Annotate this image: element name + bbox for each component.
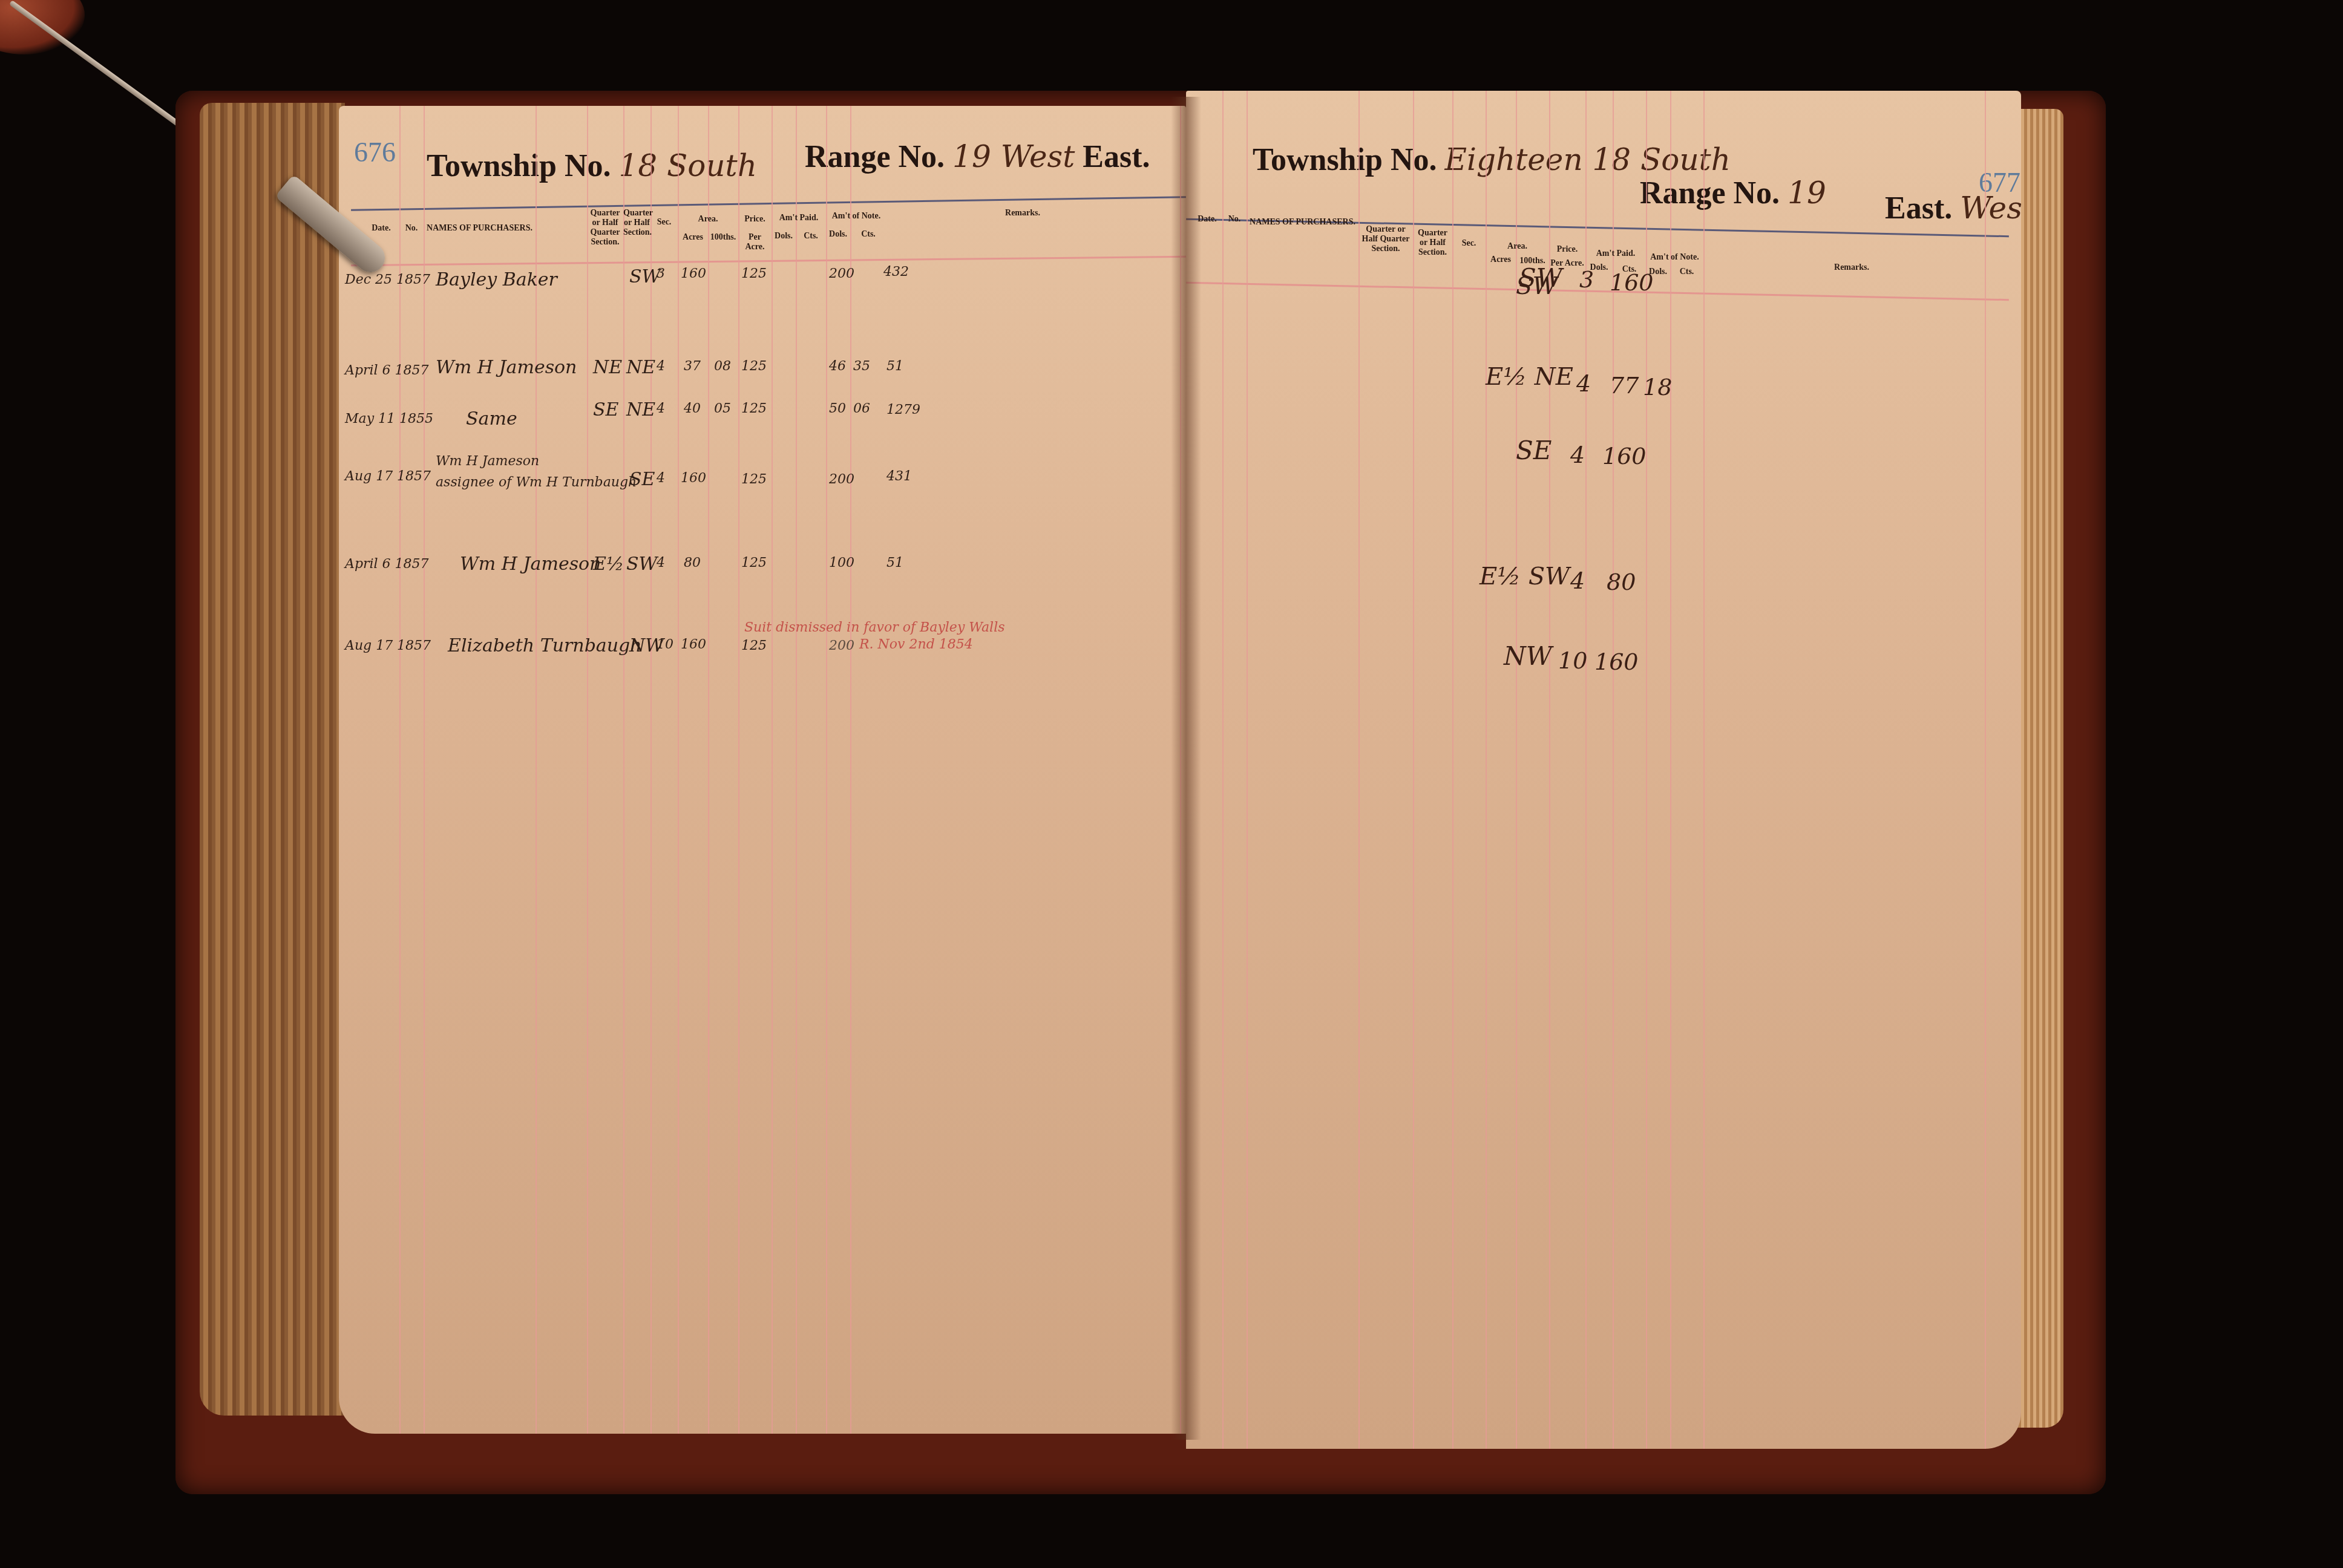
col-head-acres: Acres (1486, 255, 1516, 265)
left-page: 676 Township No. 18 South Range No. 19 W… (339, 106, 1186, 1434)
entry-note-dols: 200 (829, 638, 854, 653)
col-head-area: Area. (678, 215, 738, 224)
entry-remarks: 432 (883, 264, 909, 279)
entry-sec: 4 (657, 471, 665, 486)
column-line (708, 106, 709, 1434)
direction-label: East. (1885, 191, 1952, 226)
entry-qh: E½ NE (1486, 363, 1573, 391)
entry-note-dols: 200 (829, 266, 854, 281)
entry-note-dols: 200 (829, 472, 854, 487)
entry-qhq: E½ (593, 554, 624, 575)
column-line (738, 106, 739, 1434)
col-head-note-cts: Cts. (1670, 267, 1703, 277)
direction-header: East. West (1885, 191, 2021, 226)
entry-qh: E½ SW (1480, 563, 1570, 590)
entry-qhq: NE (593, 357, 622, 378)
column-line (1486, 91, 1487, 1449)
red-annotation: Suit dismissed in favor of Bayley Walls (744, 620, 1004, 635)
range-header: Range No. 19 (1640, 175, 1826, 211)
entry-date: Aug 17 1857 (345, 638, 431, 653)
entry-qh: NE (626, 399, 655, 420)
column-line (1413, 91, 1414, 1449)
entry-date: April 6 1857 (345, 363, 429, 378)
column-line (1670, 91, 1671, 1449)
entry-acres: 160 (681, 471, 706, 486)
column-line (850, 106, 851, 1434)
right-page: 677 Township No. Eighteen 18 South Range… (1186, 91, 2021, 1449)
column-line (678, 106, 679, 1434)
column-line (1358, 91, 1360, 1449)
direction-value: West (1960, 191, 2021, 226)
entry-date: Dec 25 1857 (345, 272, 430, 287)
header-bottom-rule (351, 256, 1186, 266)
col-head-acres: Acres (678, 233, 708, 243)
col-head-qh: Quarter or Half Section. (623, 209, 650, 238)
entry-note-dols: 50 (829, 401, 846, 416)
left-fore-edge (200, 103, 345, 1416)
township-value: Eighteen 18 South (1444, 142, 1730, 177)
page-header: Township No. 18 South (427, 148, 757, 184)
entry-hundredths: 18 (1643, 374, 1672, 400)
entry-sec: 4 (657, 555, 665, 570)
entry-remarks: 1279 (886, 402, 920, 417)
entry-name: Bayley Baker (436, 269, 557, 290)
page-header: Township No. Eighteen 18 South (1253, 142, 1731, 178)
column-line (623, 106, 624, 1434)
entry-sec: 10 (657, 637, 673, 652)
col-head-qhq: Quarter or Half Quarter Section. (587, 209, 623, 247)
entry-sec: 3 (1579, 266, 1594, 293)
column-line (1985, 91, 1986, 1449)
entry-sec: 4 (657, 401, 665, 416)
entry-note-dols: 46 (829, 359, 846, 374)
entry-sec: 3 (657, 266, 665, 281)
entry-hundredths: 08 (714, 359, 731, 374)
entry-name: Wm H Jameson (460, 554, 601, 575)
col-head-note-dols: Dols. (826, 230, 850, 240)
entry-acres: 160 (1594, 648, 1639, 675)
entry-acres: 160 (681, 266, 706, 281)
entry-acres: 160 (681, 637, 706, 652)
entry-qhq: SE (593, 399, 618, 420)
entry-sec: 4 (657, 359, 665, 374)
col-head-sec: Sec. (650, 218, 678, 227)
entry-date: May 11 1855 (345, 411, 433, 426)
col-head-sec: Sec. (1452, 239, 1486, 249)
entry-price: 125 (741, 359, 767, 374)
col-head-paid-dols: Dols. (772, 232, 796, 241)
entry-acres: 37 (684, 359, 701, 374)
entry-acres: 80 (684, 555, 701, 570)
township-label: Township No. (1253, 143, 1437, 177)
entry-remarks: 431 (886, 469, 912, 484)
col-head-names: NAMES OF PURCHASERS. (424, 224, 536, 234)
header-bottom-rule (1186, 282, 2009, 301)
entry-sec: 4 (1570, 567, 1585, 594)
column-line (536, 106, 537, 1434)
col-head-no: No. (1222, 215, 1247, 224)
entry-acres: 160 (1610, 269, 1654, 296)
column-line (399, 106, 401, 1434)
entry-hundredths: 05 (714, 401, 731, 416)
entry-note-cts: 06 (853, 401, 870, 416)
entry-acres: 77 (1610, 372, 1639, 399)
entry-sec: 10 (1558, 647, 1587, 674)
entry-qh: NW (1504, 641, 1552, 671)
entry-name: Wm H Jameson (436, 357, 577, 378)
entry-qh: SW (626, 554, 657, 575)
entry-acres: 80 (1607, 569, 1636, 595)
col-head-date: Date. (363, 224, 399, 234)
entry-price: 125 (741, 401, 767, 416)
entry-note-dols: 100 (829, 555, 854, 570)
col-head-price: Price. (1549, 245, 1585, 255)
entry-price: 125 (741, 638, 767, 653)
entry-name: Same (466, 408, 517, 430)
entry-qh: SE (629, 469, 655, 490)
entry-remarks: 51 (886, 555, 903, 570)
column-line (424, 106, 425, 1434)
col-head-qhq: Quarter or Half Quarter Section. (1358, 225, 1413, 254)
direction-label: East. (1083, 140, 1150, 174)
entry-date: April 6 1857 (345, 557, 429, 572)
township-value: 18 South (618, 148, 756, 183)
entry-note-cts: 35 (853, 359, 870, 374)
entry-remarks: 51 (886, 359, 903, 374)
column-line (826, 106, 827, 1434)
entry-remarks: R. Nov 2nd 1854 (859, 637, 973, 652)
column-line (1703, 91, 1705, 1449)
col-head-no: No. (399, 224, 424, 234)
col-head-amt-paid: Am't Paid. (1585, 249, 1646, 259)
col-head-remarks: Remarks. (962, 209, 1083, 218)
column-line (1222, 91, 1224, 1449)
range-header: Range No. 19 West East. (805, 139, 1150, 175)
entry-qh: NE (626, 357, 655, 378)
book-gutter (1171, 97, 1201, 1440)
col-head-area: Area. (1486, 242, 1549, 252)
column-line (587, 106, 588, 1434)
entry-name: Elizabeth Turnbaugh (448, 635, 642, 656)
column-line (772, 106, 773, 1434)
entry-qh: SW (1519, 263, 1562, 293)
township-label: Township No. (427, 149, 611, 183)
entry-acres: 40 (684, 401, 701, 416)
column-line (650, 106, 652, 1434)
col-head-note-cts: Cts. (850, 230, 886, 240)
entry-qh: SE (1516, 436, 1552, 465)
entry-acres: 160 (1602, 443, 1647, 469)
entry-sec: 4 (1576, 370, 1591, 397)
column-line (796, 106, 797, 1434)
col-head-amt-note: Am't of Note. (1646, 253, 1703, 263)
range-value: 19 (1788, 175, 1826, 211)
column-line (1585, 91, 1587, 1449)
entry-date: Aug 17 1857 (345, 469, 431, 484)
column-line (1247, 91, 1248, 1449)
entry-qh: SW (629, 266, 660, 287)
right-fore-edge (2015, 109, 2063, 1428)
page-number: 676 (354, 136, 396, 168)
range-label: Range No. (1640, 176, 1780, 211)
col-head-100ths: 100ths. (708, 233, 738, 243)
col-head-amt-paid: Am't Paid. (772, 214, 826, 223)
entry-sec: 4 (1570, 442, 1585, 468)
entry-name-line2: assignee of Wm H Turnbaugh (436, 475, 637, 490)
col-head-qh: Quarter or Half Section. (1413, 229, 1452, 258)
col-head-amt-note: Am't of Note. (826, 212, 886, 221)
col-head-names: NAMES OF PURCHASERS. (1247, 218, 1358, 227)
entry-price: 125 (741, 555, 767, 570)
entry-price: 125 (741, 472, 767, 487)
entry-price: 125 (741, 266, 767, 281)
col-head-paid-cts: Cts. (796, 232, 826, 241)
col-head-price: Price. (738, 215, 772, 224)
col-head-remarks: Remarks. (1791, 263, 1912, 273)
range-value: 19 West (952, 139, 1075, 174)
column-line (1452, 91, 1453, 1449)
entry-name: Wm H Jameson (436, 454, 539, 469)
col-head-price-sub: Per Acre. (738, 233, 772, 252)
